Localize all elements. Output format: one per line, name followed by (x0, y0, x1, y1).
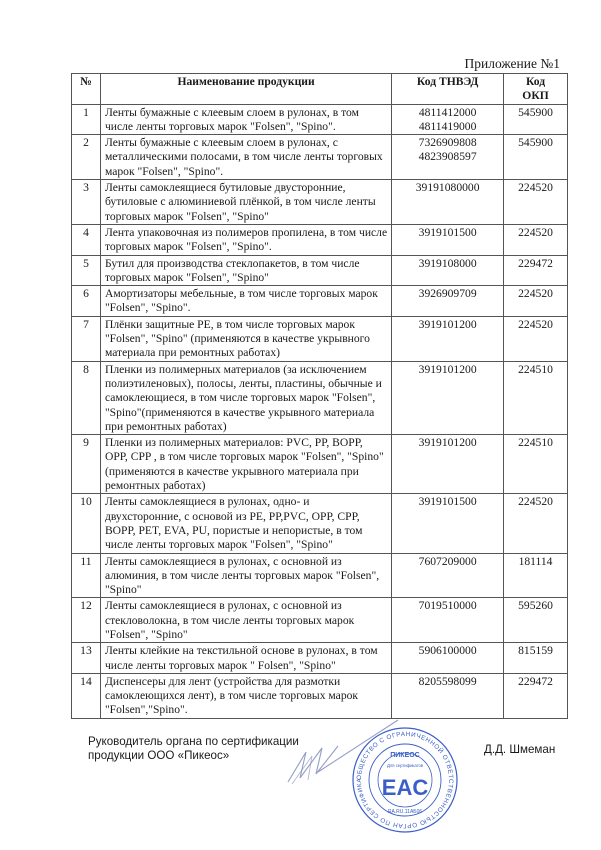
tnved-codes: 3919108000 (392, 255, 504, 286)
tnved-code: 3919108000 (396, 257, 499, 271)
header-okp: Код ОКП (504, 74, 568, 105)
product-name: Амортизаторы мебельные, в том числе торг… (100, 286, 391, 317)
stamp-inner-text: Для сертификатов (387, 763, 424, 768)
tnved-code: 7607209000 (396, 555, 499, 569)
product-name: Лента упаковочная из полимеров пропилена… (100, 224, 391, 255)
tnved-code: 3919101500 (396, 226, 499, 240)
table-row: 1Ленты бумажные с клеевым слоем в рулона… (72, 104, 568, 135)
tnved-code: 3926909709 (396, 287, 499, 301)
row-number: 11 (72, 553, 101, 598)
table-header-row: № Наименование продукции Код ТНВЭД Код О… (72, 74, 568, 105)
okp-code: 224520 (504, 494, 568, 553)
row-number: 8 (72, 361, 101, 434)
table-row: 13Ленты клейкие на текстильной основе в … (72, 643, 568, 674)
table-row: 6Амортизаторы мебельные, в том числе тор… (72, 286, 568, 317)
table-row: 2Ленты бумажные с клеевым слоем в рулона… (72, 135, 568, 180)
row-number: 13 (72, 643, 101, 674)
table-row: 12Ленты самоклеящиеся в рулонах, с основ… (72, 598, 568, 643)
header-okp-line1: Код (508, 75, 563, 89)
signatory-position: Руководитель органа по сертификации прод… (88, 735, 299, 763)
row-number: 6 (72, 286, 101, 317)
position-line-2: продукции ООО «Пикеос» (88, 749, 299, 763)
okp-code: 224520 (504, 224, 568, 255)
row-number: 12 (72, 598, 101, 643)
table-body: 1Ленты бумажные с клеевым слоем в рулона… (72, 104, 568, 718)
stamp-reg-number: RA.RU.11АБ06 (388, 809, 423, 815)
okp-code: 229472 (504, 255, 568, 286)
table-row: 4Лента упаковочная из полимеров пропилен… (72, 224, 568, 255)
table-row: 11Ленты самоклеящиеся в рулонах, с основ… (72, 553, 568, 598)
product-name: Ленты бумажные с клеевым слоем в рулонах… (100, 104, 391, 135)
tnved-codes: 7607209000 (392, 553, 504, 598)
tnved-codes: 5906100000 (392, 643, 504, 674)
product-name: Ленты самоклеящиеся в рулонах, одно- и д… (100, 494, 391, 553)
tnved-code: 4811412000 (396, 106, 499, 120)
okp-code: 229472 (504, 673, 568, 718)
product-name: Ленты самоклеящиеся в рулонах, с основно… (100, 553, 391, 598)
product-name: Бутил для производства стеклопакетов, в … (100, 255, 391, 286)
okp-code: 224520 (504, 316, 568, 361)
tnved-code: 3919101200 (396, 436, 499, 450)
eac-mark: EAC (382, 775, 429, 800)
okp-code: 224510 (504, 435, 568, 494)
row-number: 10 (72, 494, 101, 553)
header-num: № (72, 74, 101, 105)
okp-code: 815159 (504, 643, 568, 674)
products-table: № Наименование продукции Код ТНВЭД Код О… (71, 73, 568, 719)
tnved-codes: 8205598099 (392, 673, 504, 718)
okp-code: 181114 (504, 553, 568, 598)
okp-code: 545900 (504, 104, 568, 135)
tnved-code: 3919101200 (396, 318, 499, 332)
table-row: 3Ленты самоклеящиеся бутиловые двусторон… (72, 180, 568, 225)
row-number: 1 (72, 104, 101, 135)
header-name: Наименование продукции (100, 74, 391, 105)
tnved-codes: 3926909709 (392, 286, 504, 317)
okp-code: 224520 (504, 286, 568, 317)
table-row: 5Бутил для производства стеклопакетов, в… (72, 255, 568, 286)
table-row: 8Пленки из полимерных материалов (за иск… (72, 361, 568, 434)
table-row: 9Пленки из полимерных материалов: PVC, P… (72, 435, 568, 494)
certification-stamp-icon: ОБЩЕСТВО С ОГРАНИЧЕННОЙ ОТВЕТСТВЕННОСТЬЮ… (350, 725, 460, 835)
header-tnved: Код ТНВЭД (392, 74, 504, 105)
row-number: 4 (72, 224, 101, 255)
tnved-code: 3919101500 (396, 495, 499, 509)
table-row: 10Ленты самоклеящиеся в рулонах, одно- и… (72, 494, 568, 553)
row-number: 3 (72, 180, 101, 225)
tnved-code: 3919101200 (396, 363, 499, 377)
row-number: 14 (72, 673, 101, 718)
tnved-codes: 3919101500 (392, 494, 504, 553)
product-name: Ленты самоклеящиеся в рулонах, с основно… (100, 598, 391, 643)
tnved-codes: 3919101200 (392, 435, 504, 494)
row-number: 2 (72, 135, 101, 180)
stamp-company: ПИКЕОС (390, 752, 420, 759)
header-okp-line2: ОКП (508, 89, 563, 103)
row-number: 7 (72, 316, 101, 361)
tnved-codes: 73269098084823908597 (392, 135, 504, 180)
appendix-label: Приложение №1 (465, 56, 560, 72)
tnved-codes: 7019510000 (392, 598, 504, 643)
tnved-codes: 39191080000 (392, 180, 504, 225)
product-name: Ленты самоклеящиеся бутиловые двусторонн… (100, 180, 391, 225)
product-name: Ленты бумажные с клеевым слоем в рулонах… (100, 135, 391, 180)
tnved-code: 7326909808 (396, 136, 499, 150)
tnved-code: 39191080000 (396, 181, 499, 195)
okp-code: 595260 (504, 598, 568, 643)
product-name: Пленки из полимерных материалов (за искл… (100, 361, 391, 434)
tnved-code: 4811419000 (396, 120, 499, 134)
row-number: 9 (72, 435, 101, 494)
position-line-1: Руководитель органа по сертификации (88, 735, 299, 749)
signatory-name: Д.Д. Шмеман (484, 743, 555, 756)
tnved-code: 7019510000 (396, 599, 499, 613)
tnved-codes: 3919101200 (392, 316, 504, 361)
okp-code: 224520 (504, 180, 568, 225)
tnved-code: 8205598099 (396, 675, 499, 689)
tnved-code: 5906100000 (396, 644, 499, 658)
tnved-code: 4823908597 (396, 150, 499, 164)
row-number: 5 (72, 255, 101, 286)
product-name: Плёнки защитные PE, в том числе торговых… (100, 316, 391, 361)
tnved-codes: 3919101200 (392, 361, 504, 434)
tnved-codes: 48114120004811419000 (392, 104, 504, 135)
table-row: 7Плёнки защитные PE, в том числе торговы… (72, 316, 568, 361)
product-name: Ленты клейкие на текстильной основе в ру… (100, 643, 391, 674)
okp-code: 545900 (504, 135, 568, 180)
okp-code: 224510 (504, 361, 568, 434)
tnved-codes: 3919101500 (392, 224, 504, 255)
product-name: Пленки из полимерных материалов: PVC, PP… (100, 435, 391, 494)
